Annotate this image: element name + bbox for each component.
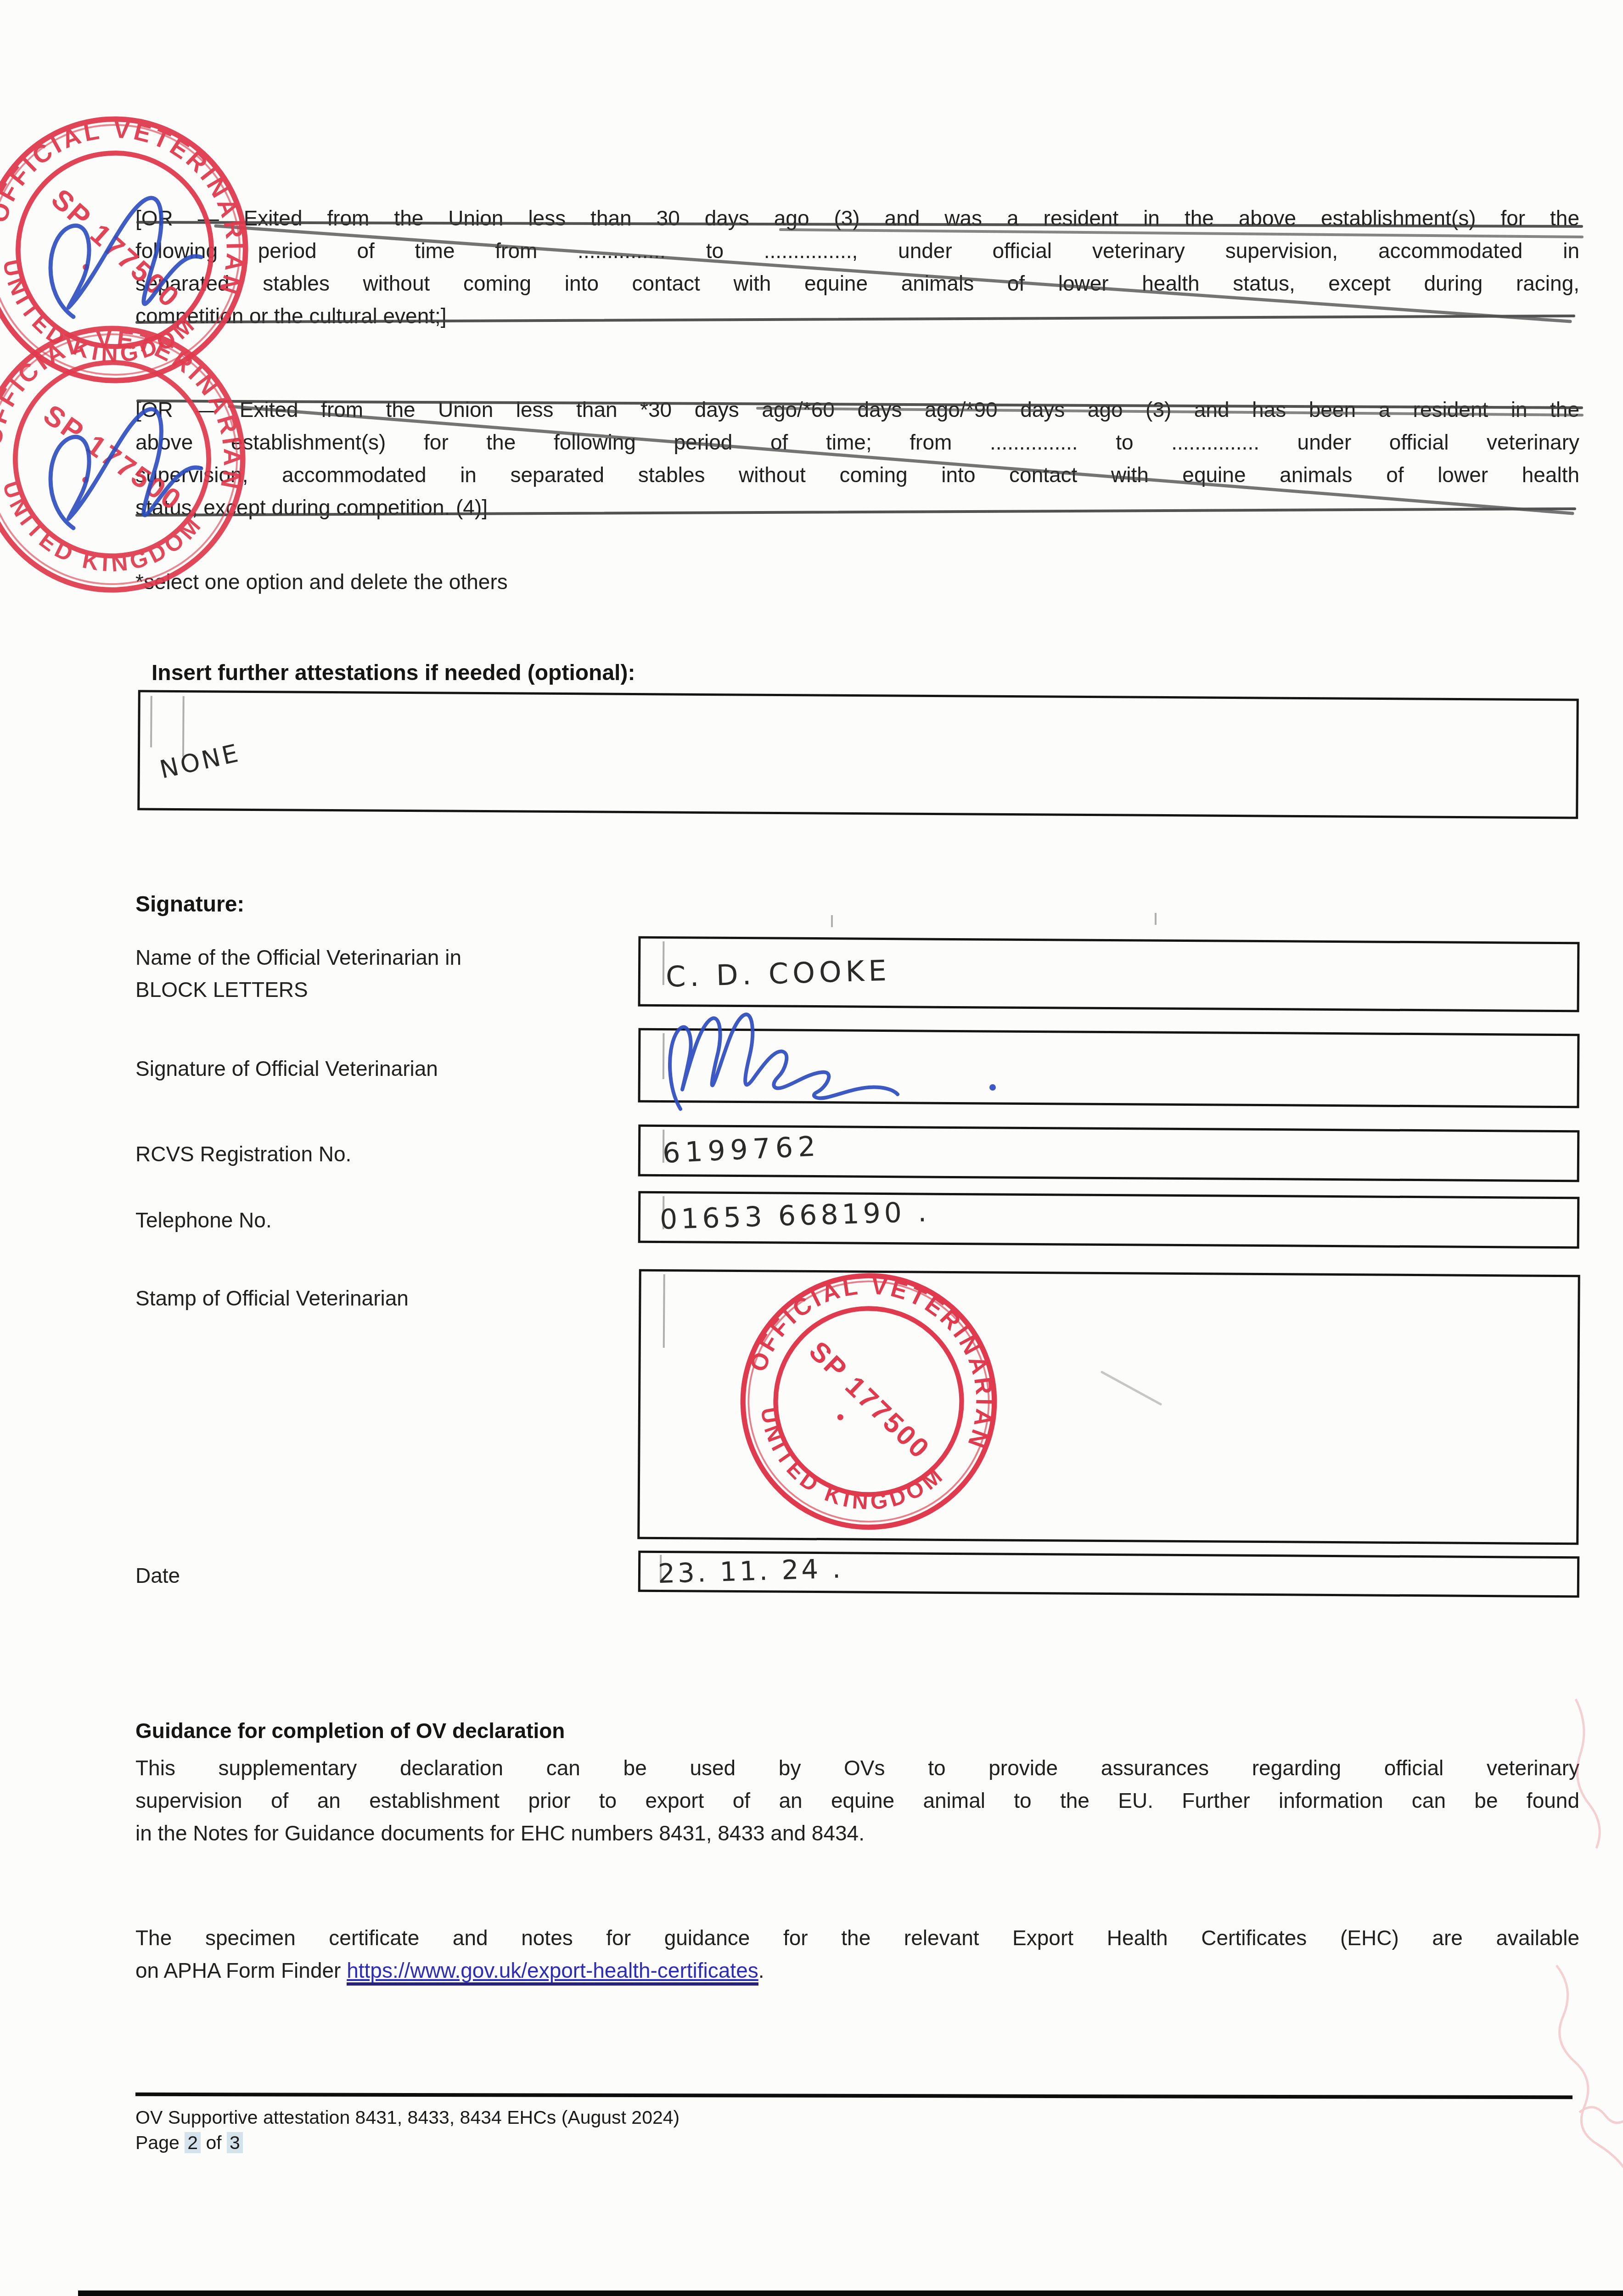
phone-handwritten-value: 01653 668190 . [659, 1196, 931, 1236]
name-field-box: C. D. COOKE [638, 936, 1580, 1013]
rcvs-handwritten-value: 6199762 [662, 1130, 821, 1170]
phone-field-box: 01653 668190 . [638, 1191, 1580, 1249]
name-label: Name of the Official Veterinarian in BLO… [135, 941, 461, 1006]
paragraph-line: [OR — Exited from the Union less than 30… [135, 202, 1579, 235]
paragraph-line: The specimen certificate and notes for g… [135, 1922, 1579, 1954]
footer-document-title: OV Supportive attestation 8431, 8433, 84… [135, 2105, 680, 2130]
paragraph-line: following period of time from ..........… [135, 235, 1579, 267]
paragraph-line: in the Notes for Guidance documents for … [135, 1817, 1579, 1850]
date-label: Date [135, 1559, 180, 1592]
paragraph-line: separated stables without coming into co… [135, 267, 1579, 300]
guidance-paragraph-2: The specimen certificate and notes for g… [135, 1922, 1579, 1987]
signature-heading: Signature: [135, 892, 244, 917]
attestations-heading: Insert further attestations if needed (o… [152, 660, 635, 686]
footer-page-total: 3 [227, 2132, 243, 2153]
or-paragraph-2: [OR — Exited from the Union less than *3… [135, 394, 1579, 524]
link-suffix-text: . [758, 1958, 764, 1982]
scan-artifact-line [663, 941, 665, 985]
pen-tick-mark [831, 915, 833, 927]
scanned-document-page: [OR — Exited from the Union less than 30… [0, 0, 1623, 2296]
paragraph-line: This supplementary declaration can be us… [135, 1752, 1579, 1784]
name-label-line2: BLOCK LETTERS [135, 974, 461, 1006]
scan-artifact-line [663, 1033, 665, 1079]
or-paragraph-1: [OR — Exited from the Union less than 30… [135, 202, 1579, 332]
date-handwritten-value: 23. 11. 24 . [657, 1553, 844, 1589]
footer-page-word: Page [135, 2132, 180, 2153]
footer-rule [135, 2093, 1572, 2099]
name-handwritten-value: C. D. COOKE [665, 954, 891, 994]
paragraph-line: above establishment(s) for the following… [135, 426, 1579, 459]
paragraph-line: [OR — Exited from the Union less than *3… [135, 394, 1579, 426]
scan-artifact-line [663, 1274, 665, 1348]
phone-label: Telephone No. [135, 1204, 272, 1236]
export-health-certificates-link[interactable]: https://www.gov.uk/export-health-certifi… [347, 1958, 758, 1986]
footer-page-indicator: Page 2 of 3 [135, 2130, 243, 2155]
scanner-edge-bar [78, 2290, 1623, 2296]
guidance-paragraph-1: This supplementary declaration can be us… [135, 1752, 1579, 1850]
paragraph-line: supervision, accommodated in separated s… [135, 459, 1579, 491]
link-prefix-text: on APHA Form Finder [135, 1958, 347, 1982]
paragraph-line: status, except during competition. (4)] [135, 491, 1579, 524]
paragraph-line: competition or the cultural event;] [135, 300, 1579, 332]
guidance-heading: Guidance for completion of OV declaratio… [135, 1718, 565, 1743]
signature-field-box [638, 1028, 1580, 1109]
attestations-box: NONE [137, 690, 1579, 819]
stamp-field-box [637, 1269, 1580, 1545]
paragraph-line: supervision of an establishment prior to… [135, 1784, 1579, 1817]
date-field-box: 23. 11. 24 . [638, 1551, 1580, 1598]
pen-tick-mark [1155, 913, 1157, 925]
signature-label: Signature of Official Veterinarian [135, 1052, 438, 1085]
select-option-note: *select one option and delete the others [135, 569, 508, 594]
footer-page-number: 2 [185, 2132, 201, 2153]
footer-of-word: of [206, 2132, 221, 2153]
rcvs-field-box: 6199762 [638, 1125, 1580, 1182]
rcvs-label: RCVS Registration No. [135, 1138, 351, 1170]
attestations-handwritten-value: NONE [157, 738, 243, 784]
pen-tick-mark [150, 696, 152, 748]
paragraph-line: on APHA Form Finder https://www.gov.uk/e… [135, 1954, 1579, 1987]
pen-tick-mark [182, 696, 185, 757]
name-label-line1: Name of the Official Veterinarian in [135, 941, 461, 974]
stamp-label: Stamp of Official Veterinarian [135, 1282, 409, 1314]
